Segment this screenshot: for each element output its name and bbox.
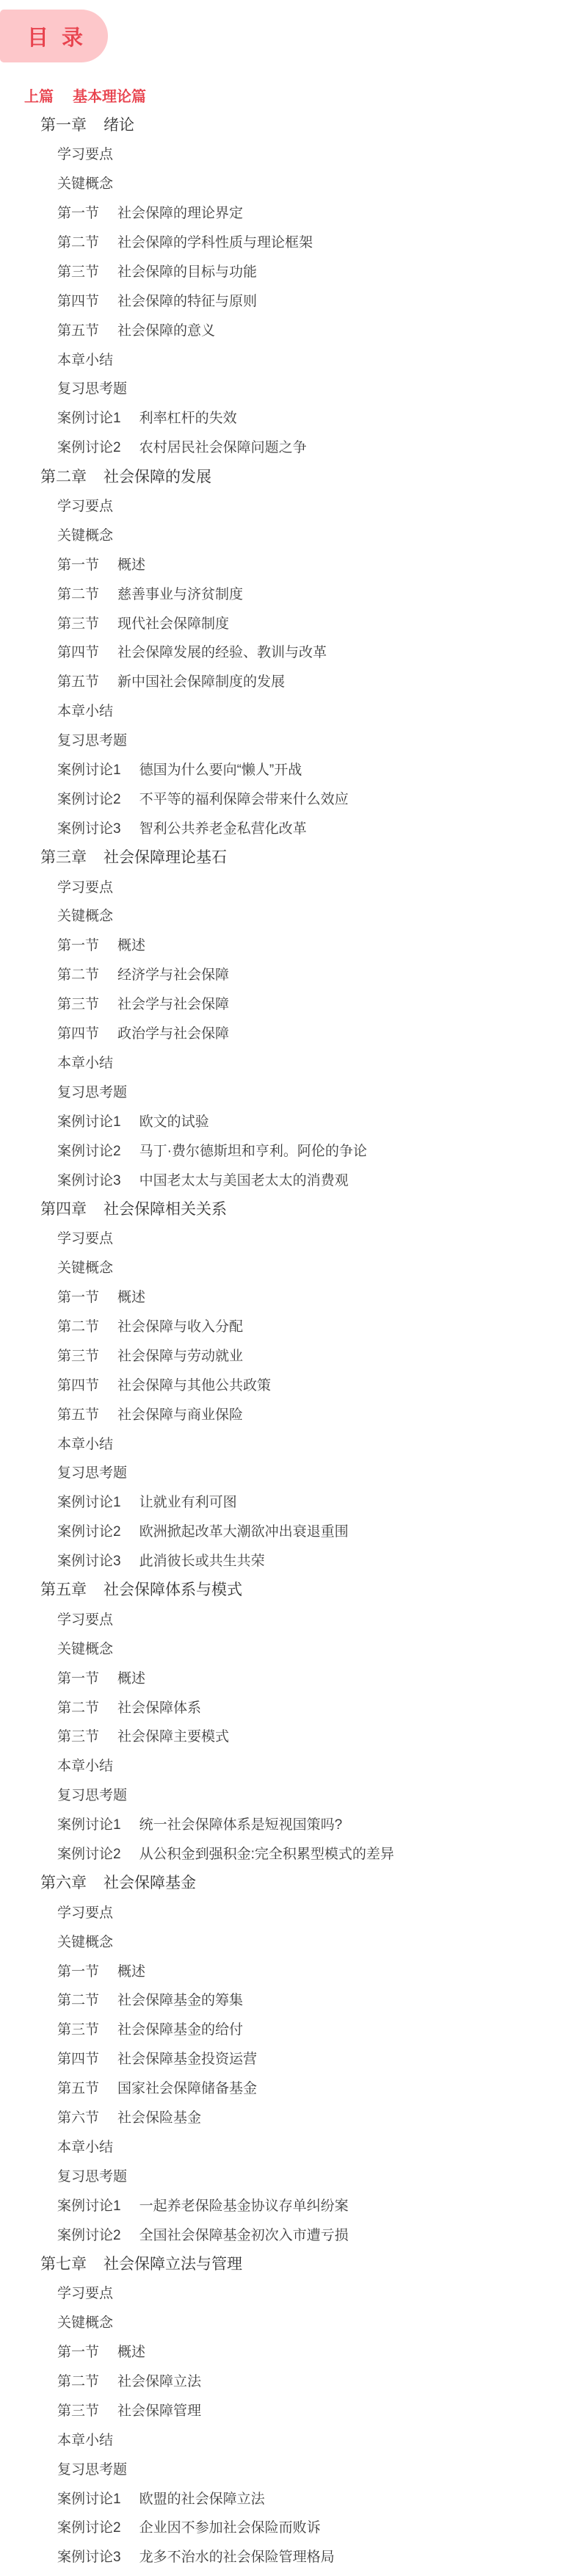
toc-row-section[interactable]: 第二节 社会保障的学科性质与理论框架: [0, 227, 580, 256]
toc-row-section[interactable]: 第五节 国家社会保障储备基金: [0, 2073, 580, 2102]
row-label: 第一节: [57, 2341, 99, 2361]
row-label: 案例讨论1: [57, 2195, 121, 2215]
row-label: 第四节: [57, 290, 99, 310]
row-label: 第二节: [57, 583, 99, 603]
row-label: 案例讨论1: [57, 2488, 121, 2508]
row-title: 概述: [117, 554, 145, 574]
row-label: 第四节: [57, 2048, 99, 2068]
toc-row-chapter[interactable]: 第五章 社会保障体系与模式: [0, 1575, 580, 1604]
row-label: 案例讨论3: [57, 1550, 121, 1570]
row-title: 绪论: [104, 113, 134, 135]
row-title: 复习思考题: [57, 2458, 127, 2478]
row-title: 关键概念: [57, 1257, 113, 1277]
toc-row-section[interactable]: 第四节 社会保障发展的经验、教训与改革: [0, 637, 580, 666]
toc-row-plain[interactable]: 本章小结: [0, 2131, 580, 2160]
row-label: 案例讨论2: [57, 1520, 121, 1540]
row-title: 社会保险基金: [117, 2107, 201, 2126]
toc-row-section[interactable]: 第六节 社会保险基金: [0, 2102, 580, 2132]
row-title: 关键概念: [57, 1931, 113, 1951]
row-title: 欧文的试验: [139, 1111, 209, 1130]
row-label: 第六节: [57, 2107, 99, 2126]
toc-row-plain[interactable]: 关键概念: [0, 901, 580, 930]
toc-row-case[interactable]: 案例讨论2 马丁·费尔德斯坦和亨利。阿伦的争论: [0, 1135, 580, 1164]
toc-row-case[interactable]: 案例讨论1 德国为什么要向“懒人”开战: [0, 754, 580, 784]
toc-row-plain[interactable]: 本章小结: [0, 1047, 580, 1077]
row-label: 案例讨论1: [57, 759, 121, 779]
row-title: 概述: [117, 1286, 145, 1306]
toc-row-case[interactable]: 案例讨论3 龙多不治水的社会保险管理格局: [0, 2541, 580, 2571]
toc-row-case[interactable]: 案例讨论2 全国社会保障基金初次入市遭亏损: [0, 2219, 580, 2248]
toc-row-section[interactable]: 第三节 社会保障基金的给付: [0, 2014, 580, 2043]
row-title: 学习要点: [57, 1609, 113, 1628]
row-label: 第二节: [57, 2370, 99, 2390]
row-title: 此消彼长或共生共荣: [139, 1550, 265, 1570]
row-label: 第一节: [57, 1667, 99, 1687]
row-label: 第四章: [40, 1197, 87, 1219]
toc-row-section[interactable]: 第四节 社会保障的特征与原则: [0, 285, 580, 314]
row-label: 第二节: [57, 1989, 99, 2009]
toc-row-plain[interactable]: 本章小结: [0, 696, 580, 725]
toc-row-plain[interactable]: 复习思考题: [0, 1457, 580, 1487]
row-title: 现代社会保障制度: [117, 613, 229, 632]
toc-row-section[interactable]: 第二节 社会保障立法: [0, 2366, 580, 2395]
row-title: 不平等的福利保障会带来什么效应: [139, 788, 349, 808]
row-title: 复习思考题: [57, 729, 127, 749]
toc-row-section[interactable]: 第一节 概述: [0, 1282, 580, 1311]
toc-row-section[interactable]: 第一节 社会保障的理论界定: [0, 198, 580, 227]
toc-row-chapter[interactable]: 第六章 社会保障基金: [0, 1867, 580, 1897]
row-title: 社会保障基金的筹集: [117, 1989, 243, 2009]
toc-row-case[interactable]: 案例讨论3 此消彼长或共生共荣: [0, 1545, 580, 1575]
row-label: 第一节: [57, 1286, 99, 1306]
toc-row-chapter[interactable]: 第七章 社会保障立法与管理: [0, 2248, 580, 2278]
row-label: 案例讨论2: [57, 788, 121, 808]
row-label: 案例讨论1: [57, 1814, 121, 1833]
row-title: 农村居民社会保障问题之争: [139, 436, 307, 456]
row-label: 案例讨论1: [57, 1491, 121, 1511]
row-title: 社会保障发展的经验、教训与改革: [117, 641, 327, 661]
row-title: 学习要点: [57, 1227, 113, 1247]
toc-row-section[interactable]: 第三节 社会保障管理: [0, 2395, 580, 2424]
row-label: 第三节: [57, 1725, 99, 1745]
row-title: 复习思考题: [57, 2165, 127, 2185]
row-label: 第五节: [57, 1404, 99, 1424]
toc-row-chapter[interactable]: 第四章 社会保障相关关系: [0, 1194, 580, 1223]
row-label: 第一节: [57, 934, 99, 954]
row-title: 欧洲掀起改革大潮欲冲出衰退重围: [139, 1520, 349, 1540]
row-title: 关键概念: [57, 1638, 113, 1658]
toc-row-case[interactable]: 案例讨论2 农村居民社会保障问题之争: [0, 432, 580, 461]
row-title: 政治学与社会保障: [117, 1022, 229, 1042]
row-label: 第四节: [57, 1022, 99, 1042]
row-title: 社会保障的发展: [104, 465, 211, 487]
row-label: 第一节: [57, 554, 99, 574]
toc-row-section[interactable]: 第一节 概述: [0, 2337, 580, 2366]
toc-row-section[interactable]: 第三节 社会保障的目标与功能: [0, 256, 580, 285]
toc-row-chapter[interactable]: 第一章 绪论: [0, 109, 580, 139]
row-label: 第二章: [40, 465, 87, 487]
row-title: 社会保障的意义: [117, 320, 215, 339]
toc-row-plain[interactable]: 复习思考题: [0, 725, 580, 754]
row-title: 本章小结: [57, 2136, 113, 2156]
row-label: 第四节: [57, 641, 99, 661]
toc-row-section[interactable]: 第五节 社会保障的意义: [0, 314, 580, 344]
row-label: 第二节: [57, 1697, 99, 1717]
row-title: 学习要点: [57, 1902, 113, 1922]
row-label: 第六章: [40, 1871, 87, 1893]
toc-row-plain[interactable]: 本章小结: [0, 2424, 580, 2453]
toc-row-plain[interactable]: 关键概念: [0, 519, 580, 549]
toc-row-plain[interactable]: 关键概念: [0, 168, 580, 198]
toc-row-case[interactable]: 案例讨论1 欧文的试验: [0, 1105, 580, 1135]
toc-row-section[interactable]: 第一节 概述: [0, 549, 580, 578]
toc-row-section[interactable]: 第五节 新中国社会保障制度的发展: [0, 666, 580, 696]
row-title: 学习要点: [57, 2282, 113, 2302]
row-title: 关键概念: [57, 173, 113, 192]
row-title: 新中国社会保障制度的发展: [117, 671, 285, 690]
row-title: 本章小结: [57, 349, 113, 369]
toc-row-case[interactable]: 案例讨论3 中国老太太与美国老太太的消费观: [0, 1164, 580, 1194]
row-title: 关键概念: [57, 2312, 113, 2331]
row-title: 复习思考题: [57, 1081, 127, 1101]
toc-row-plain[interactable]: 关键概念: [0, 1926, 580, 1955]
toc-row-section[interactable]: 第一节 概述: [0, 1662, 580, 1692]
row-title: 社会保障的目标与功能: [117, 261, 257, 281]
row-title: 马丁·费尔德斯坦和亨利。阿伦的争论: [139, 1140, 367, 1160]
toc-header-title: 目 录: [27, 21, 87, 51]
toc-row-plain[interactable]: 学习要点: [0, 1897, 580, 1926]
row-label: 第一章: [40, 113, 87, 135]
row-title: 复习思考题: [57, 1784, 127, 1804]
toc-row-case[interactable]: 案例讨论1 统一社会保障体系是短视国策吗?: [0, 1809, 580, 1839]
toc-row-case[interactable]: 案例讨论1 一起养老保险基金协议存单纠纷案: [0, 2190, 580, 2219]
row-label: 案例讨论1: [57, 407, 121, 427]
row-label: 第五节: [57, 2077, 99, 2097]
row-title: 社会保障体系与模式: [104, 1578, 242, 1600]
row-label: 案例讨论2: [57, 2224, 121, 2244]
row-label: 案例讨论3: [57, 1169, 121, 1189]
row-title: 全国社会保障基金初次入市遭亏损: [139, 2224, 349, 2244]
row-title: 社会保障的特征与原则: [117, 290, 257, 310]
row-title: 从公积金到强积金:完全积累型模式的差异: [139, 1843, 394, 1863]
row-title: 企业因不参加社会保险而败诉: [139, 2517, 321, 2536]
toc-row-section[interactable]: 第三节 现代社会保障制度: [0, 607, 580, 637]
toc-row-section[interactable]: 第二节 社会保障体系: [0, 1692, 580, 1721]
toc-row-plain[interactable]: 本章小结: [0, 1428, 580, 1457]
row-title: 利率杠杆的失效: [139, 407, 237, 427]
toc-row-chapter[interactable]: 第三章 社会保障理论基石: [0, 842, 580, 871]
row-title: 社会保障与其他公共政策: [117, 1374, 271, 1394]
toc-row-plain[interactable]: 学习要点: [0, 1223, 580, 1252]
row-title: 本章小结: [57, 1755, 113, 1775]
row-title: 概述: [117, 1960, 145, 1980]
row-title: 社会保障立法与管理: [104, 2252, 242, 2274]
toc-row-section[interactable]: 第二节 社会保障与收入分配: [0, 1311, 580, 1341]
toc-list: 第一章 绪论 学习要点 关键概念 第一节 社会保障的理论界定 第二节 社会保障的…: [0, 109, 580, 2571]
row-title: 社会保障相关关系: [104, 1197, 227, 1219]
row-label: 案例讨论1: [57, 1111, 121, 1130]
row-title: 社会保障与劳动就业: [117, 1345, 243, 1365]
toc-row-section[interactable]: 第三节 社会学与社会保障: [0, 989, 580, 1018]
row-label: 案例讨论3: [57, 2546, 121, 2566]
toc-row-plain[interactable]: 复习思考题: [0, 1780, 580, 1809]
row-title: 社会保障与收入分配: [117, 1316, 243, 1335]
row-label: 案例讨论2: [57, 2517, 121, 2536]
toc-row-plain[interactable]: 学习要点: [0, 139, 580, 168]
toc-row-section[interactable]: 第四节 社会保障与其他公共政策: [0, 1369, 580, 1399]
row-title: 社会保障与商业保险: [117, 1404, 243, 1424]
row-label: 第五章: [40, 1578, 87, 1600]
toc-row-section[interactable]: 第一节 概述: [0, 930, 580, 959]
row-label: 第七章: [40, 2252, 87, 2274]
row-title: 社会保障基金的给付: [117, 2018, 243, 2038]
toc-row-plain[interactable]: 关键概念: [0, 2307, 580, 2337]
row-title: 社会保障体系: [117, 1697, 201, 1717]
row-label: 第一节: [57, 1960, 99, 1980]
row-title: 智利公共养老金私营化改革: [139, 818, 307, 837]
toc-row-plain[interactable]: 复习思考题: [0, 373, 580, 403]
toc-row-plain[interactable]: 复习思考题: [0, 2160, 580, 2190]
toc-row-case[interactable]: 案例讨论1 让就业有利可图: [0, 1487, 580, 1516]
row-title: 学习要点: [57, 143, 113, 163]
toc-row-section[interactable]: 第二节 慈善事业与济贫制度: [0, 578, 580, 607]
part-label: 上篇: [24, 84, 54, 106]
toc-row-section[interactable]: 第四节 社会保障基金投资运营: [0, 2043, 580, 2073]
row-label: 第二节: [57, 1316, 99, 1335]
row-label: 第二节: [57, 964, 99, 984]
row-title: 复习思考题: [57, 378, 127, 397]
row-label: 第三节: [57, 613, 99, 632]
part-heading: 上篇 基本理论篇: [24, 80, 580, 109]
toc-row-plain[interactable]: 本章小结: [0, 1750, 580, 1780]
row-label: 第三节: [57, 1345, 99, 1365]
row-title: 经济学与社会保障: [117, 964, 229, 984]
row-title: 社会保障的学科性质与理论框架: [117, 231, 313, 251]
row-title: 关键概念: [57, 524, 113, 544]
row-label: 第四节: [57, 1374, 99, 1394]
toc-row-section[interactable]: 第四节 政治学与社会保障: [0, 1018, 580, 1047]
toc-row-plain[interactable]: 关键概念: [0, 1252, 580, 1282]
row-title: 龙多不治水的社会保险管理格局: [139, 2546, 335, 2566]
row-title: 学习要点: [57, 876, 113, 896]
row-label: 第五节: [57, 320, 99, 339]
row-label: 第三章: [40, 845, 87, 867]
row-label: 第三节: [57, 2400, 99, 2420]
row-title: 概述: [117, 1667, 145, 1687]
toc-row-case[interactable]: 案例讨论2 从公积金到强积金:完全积累型模式的差异: [0, 1839, 580, 1868]
toc-row-case[interactable]: 案例讨论2 企业因不参加社会保险而败诉: [0, 2512, 580, 2541]
row-title: 概述: [117, 934, 145, 954]
toc-row-plain[interactable]: 学习要点: [0, 871, 580, 901]
row-label: 案例讨论3: [57, 818, 121, 837]
row-title: 中国老太太与美国老太太的消费观: [139, 1169, 349, 1189]
row-label: 案例讨论2: [57, 436, 121, 456]
row-label: 第五节: [57, 671, 99, 690]
toc-row-case[interactable]: 案例讨论2 不平等的福利保障会带来什么效应: [0, 783, 580, 812]
toc-row-plain[interactable]: 学习要点: [0, 2278, 580, 2307]
toc-row-plain[interactable]: 学习要点: [0, 1603, 580, 1633]
row-title: 本章小结: [57, 2429, 113, 2449]
row-title: 统一社会保障体系是短视国策吗?: [139, 1814, 343, 1833]
row-title: 学习要点: [57, 495, 113, 515]
row-title: 关键概念: [57, 905, 113, 925]
toc-row-plain[interactable]: 关键概念: [0, 1633, 580, 1662]
row-title: 让就业有利可图: [139, 1491, 237, 1511]
toc-row-section[interactable]: 第三节 社会保障与劳动就业: [0, 1340, 580, 1369]
toc-row-case[interactable]: 案例讨论3 智利公共养老金私营化改革: [0, 812, 580, 842]
row-title: 本章小结: [57, 1433, 113, 1453]
part-title: 基本理论篇: [73, 84, 146, 106]
row-label: 第三节: [57, 2018, 99, 2038]
row-title: 社会保障基金投资运营: [117, 2048, 257, 2068]
row-title: 慈善事业与济贫制度: [117, 583, 243, 603]
toc-row-section[interactable]: 第三节 社会保障主要模式: [0, 1721, 580, 1750]
toc-row-plain[interactable]: 复习思考题: [0, 1076, 580, 1105]
toc-row-case[interactable]: 案例讨论1 利率杠杆的失效: [0, 403, 580, 432]
row-title: 概述: [117, 2341, 145, 2361]
row-label: 第二节: [57, 231, 99, 251]
row-title: 德国为什么要向“懒人”开战: [139, 759, 302, 779]
toc-row-section[interactable]: 第五节 社会保障与商业保险: [0, 1399, 580, 1428]
toc-row-section[interactable]: 第二节 经济学与社会保障: [0, 959, 580, 989]
row-title: 一起养老保险基金协议存单纠纷案: [139, 2195, 349, 2215]
row-title: 社会保障的理论界定: [117, 202, 243, 222]
toc-row-case[interactable]: 案例讨论2 欧洲掀起改革大潮欲冲出衰退重围: [0, 1516, 580, 1545]
row-title: 国家社会保障储备基金: [117, 2077, 257, 2097]
toc-row-plain[interactable]: 复习思考题: [0, 2453, 580, 2483]
row-title: 本章小结: [57, 700, 113, 720]
toc-header-badge: 目 录: [0, 10, 108, 62]
toc-row-plain[interactable]: 本章小结: [0, 344, 580, 373]
row-title: 社会保障理论基石: [104, 845, 227, 867]
toc-row-plain[interactable]: 学习要点: [0, 491, 580, 520]
row-title: 社会保障主要模式: [117, 1725, 229, 1745]
toc-row-section[interactable]: 第二节 社会保障基金的筹集: [0, 1985, 580, 2014]
row-label: 案例讨论2: [57, 1140, 121, 1160]
row-title: 欧盟的社会保障立法: [139, 2488, 265, 2508]
row-title: 社会学与社会保障: [117, 993, 229, 1013]
row-title: 社会保障管理: [117, 2400, 201, 2420]
toc-row-chapter[interactable]: 第二章 社会保障的发展: [0, 461, 580, 491]
toc-row-section[interactable]: 第一节 概述: [0, 1955, 580, 1985]
row-title: 社会保障立法: [117, 2370, 201, 2390]
row-label: 第三节: [57, 261, 99, 281]
row-title: 本章小结: [57, 1052, 113, 1072]
row-label: 第一节: [57, 202, 99, 222]
row-label: 第三节: [57, 993, 99, 1013]
toc-row-case[interactable]: 案例讨论1 欧盟的社会保障立法: [0, 2483, 580, 2512]
row-title: 社会保障基金: [104, 1871, 196, 1893]
row-title: 复习思考题: [57, 1462, 127, 1482]
row-label: 案例讨论2: [57, 1843, 121, 1863]
